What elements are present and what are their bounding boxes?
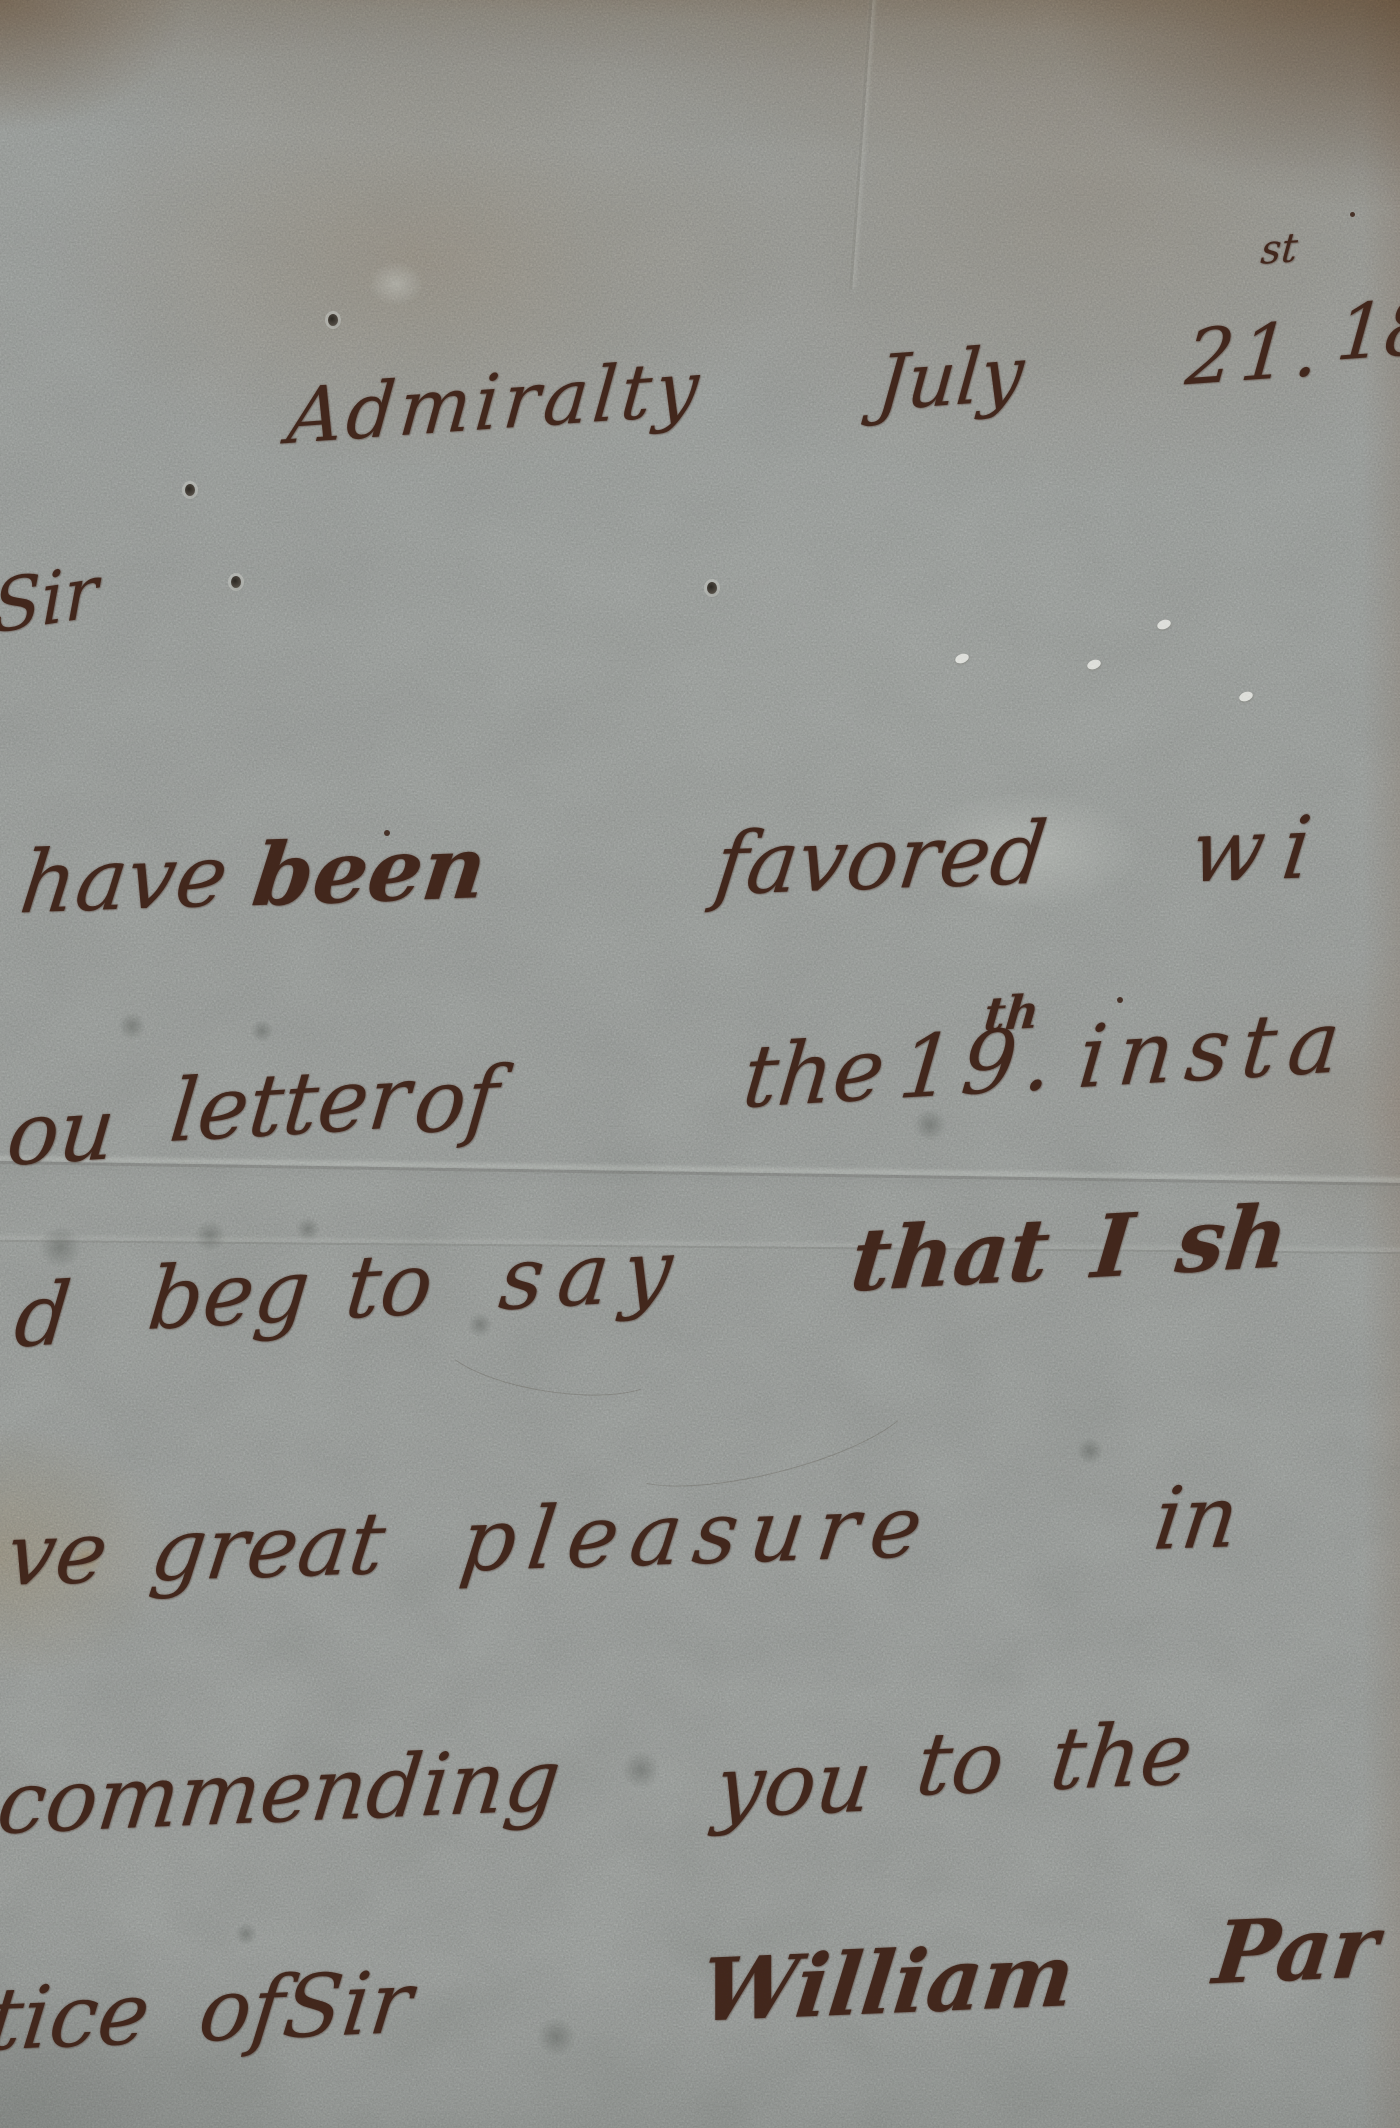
vertical-crease <box>849 0 874 290</box>
word-fragment: Par <box>1209 1896 1384 2004</box>
word-fragment: ve <box>1 1502 113 1606</box>
word-fragment: of <box>410 1048 503 1154</box>
pinhole <box>707 582 717 594</box>
mold-spot <box>1076 1438 1104 1464</box>
word-fragment: ou <box>3 1079 120 1186</box>
word-fragment: favored <box>709 803 1052 915</box>
mold-spot <box>295 1217 321 1241</box>
ink-fleck <box>1117 997 1123 1003</box>
word-fragment: pleasure <box>455 1476 940 1591</box>
mica-glint <box>1156 618 1172 631</box>
mica-glint <box>1238 690 1254 703</box>
word-fragment: beg <box>143 1240 314 1350</box>
horizontal-fold-crease <box>0 1161 1400 1186</box>
pinhole <box>328 314 338 326</box>
ink-fleck <box>1350 212 1355 217</box>
mold-spot <box>250 1020 274 1042</box>
heading-month: July <box>873 328 1027 428</box>
ordinal-superscript: th <box>982 984 1042 1042</box>
word-fragment: to <box>341 1234 437 1340</box>
abrasion-patch <box>368 262 424 306</box>
mold-spot <box>535 2018 577 2056</box>
word-fragment: the <box>1045 1704 1197 1810</box>
word-fragment: to <box>911 1712 1009 1816</box>
mold-spot <box>117 1013 147 1039</box>
word-fragment: d <box>10 1264 75 1368</box>
heading-day-suffix-superscript: st <box>1259 225 1300 274</box>
letter-photograph: Admiralty July 21. st 18 Sir I have been… <box>0 0 1400 2128</box>
word-fragment: that I sh <box>846 1186 1292 1312</box>
word-fragment: I have <box>0 826 233 936</box>
mica-glint <box>954 652 970 665</box>
heading-place: Admiralty <box>284 343 706 462</box>
word-fragment: William <box>696 1925 1080 2042</box>
word-fragment: say <box>495 1219 691 1330</box>
word-fragment: commending <box>0 1730 566 1854</box>
word-fragment: wi <box>1185 797 1334 902</box>
mold-spot <box>620 1752 662 1788</box>
word-fragment: of <box>194 1958 289 2062</box>
mold-spot <box>234 1923 258 1945</box>
heading-year-partial: 18 <box>1333 281 1400 378</box>
word-fragment: 19. <box>894 1009 1064 1119</box>
mica-glint <box>1086 658 1102 671</box>
word-fragment: you <box>710 1731 877 1838</box>
word-fragment: tice <box>0 1964 155 2071</box>
word-fragment: insta <box>1074 991 1356 1108</box>
word-fragment: the <box>739 1019 889 1128</box>
pinhole <box>185 484 195 496</box>
salutation: Sir <box>0 548 98 650</box>
word-fragment: great <box>145 1494 390 1602</box>
word-fragment: in <box>1149 1467 1245 1570</box>
word-fragment: been <box>247 817 491 927</box>
pinhole <box>231 576 241 588</box>
word-fragment: Sir <box>278 1953 417 2059</box>
word-fragment: letter <box>166 1047 415 1162</box>
mold-spot <box>37 1227 83 1267</box>
heading-day: 21. <box>1182 303 1328 402</box>
